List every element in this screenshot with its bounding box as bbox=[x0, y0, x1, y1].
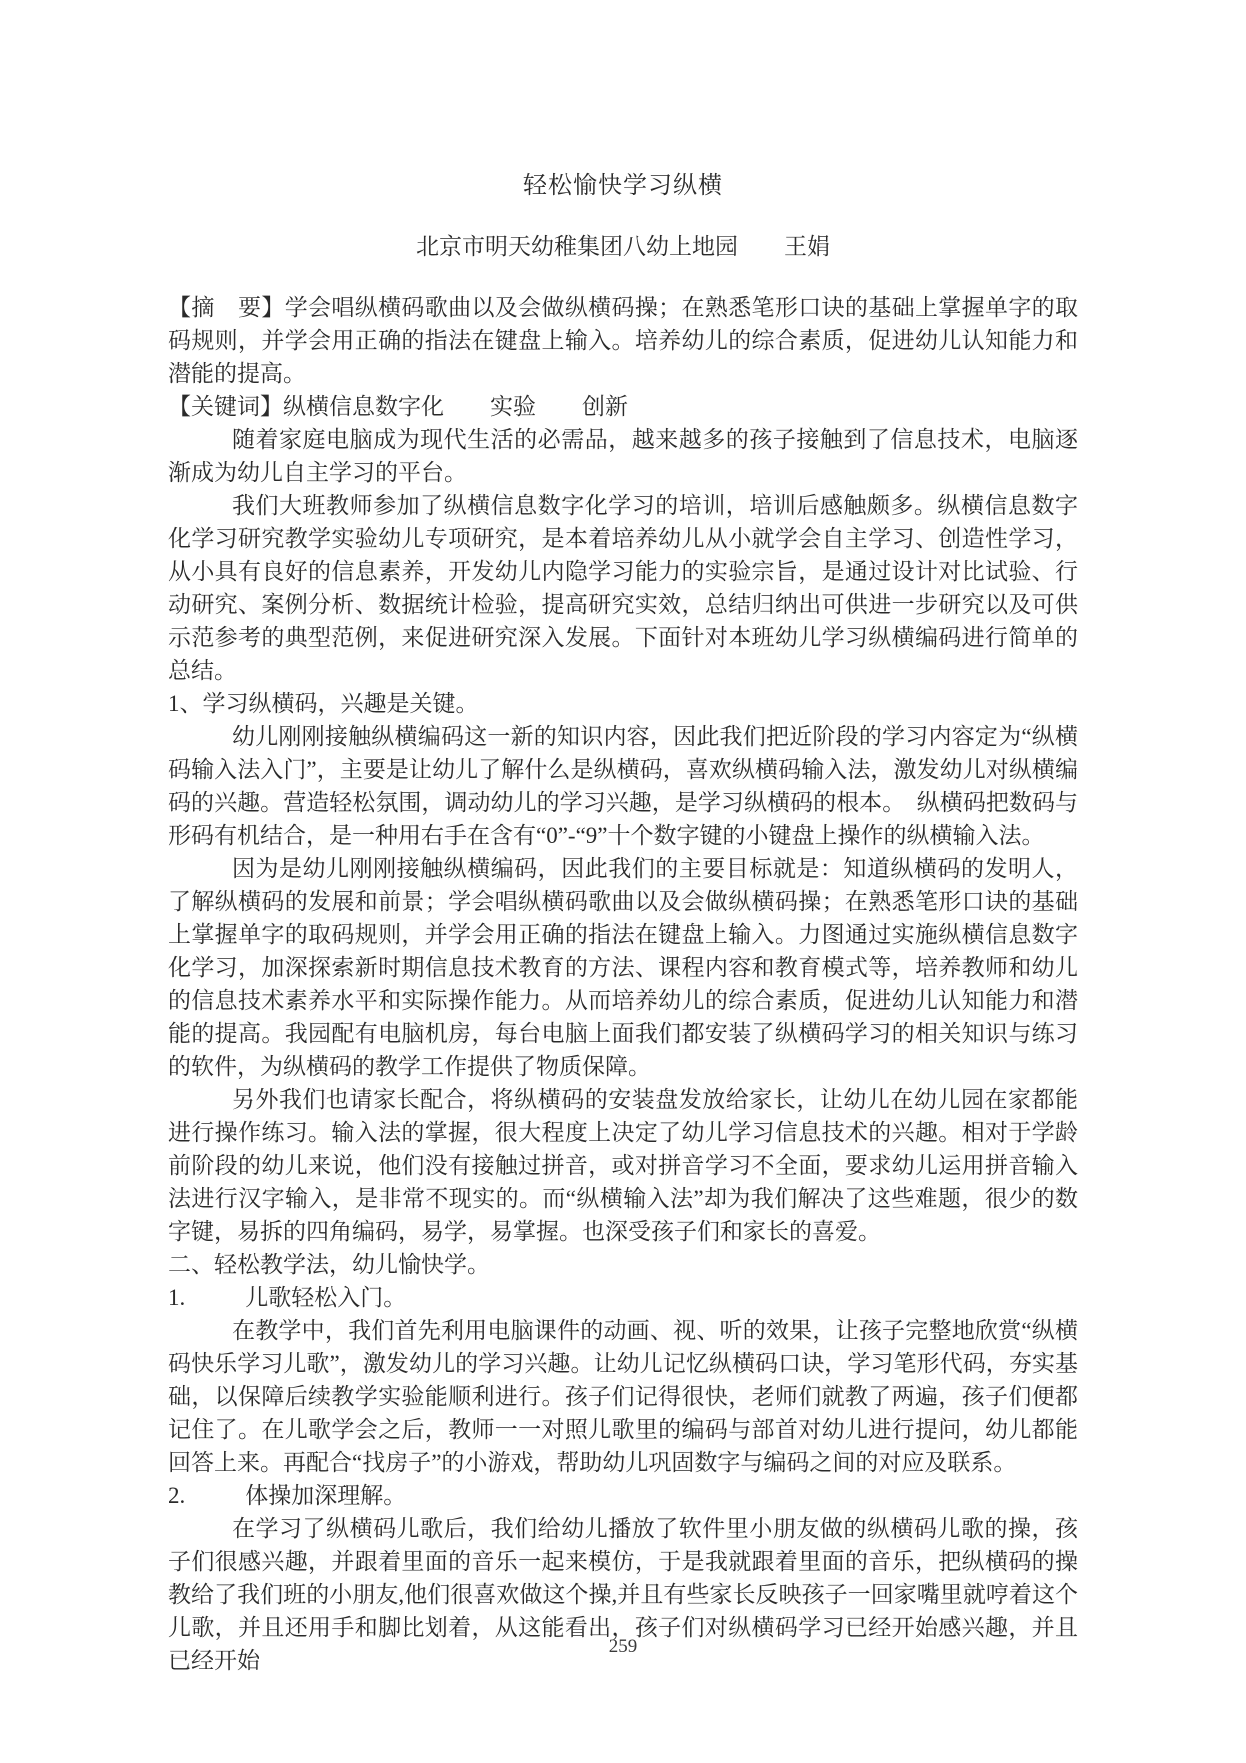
body-paragraph: 我们大班教师参加了纵横信息数字化学习的培训，培训后感触颇多。纵横信息数字化学习研… bbox=[168, 489, 1078, 687]
document-content: 轻松愉快学习纵横 北京市明天幼稚集团八幼上地园 王娟 【摘 要】学会唱纵横码歌曲… bbox=[168, 170, 1078, 1677]
document-page: 轻松愉快学习纵横 北京市明天幼稚集团八幼上地园 王娟 【摘 要】学会唱纵横码歌曲… bbox=[0, 0, 1246, 1763]
document-body: 【摘 要】学会唱纵横码歌曲以及会做纵横码操；在熟悉笔形口诀的基础上掌握单字的取码… bbox=[168, 291, 1078, 1677]
page-number: 259 bbox=[0, 1636, 1246, 1658]
section-heading-2: 二、轻松教学法，幼儿愉快学。 bbox=[168, 1248, 1078, 1281]
body-paragraph: 在教学中，我们首先利用电脑课件的动画、视、听的效果，让孩子完整地欣赏“纵横码快乐… bbox=[168, 1314, 1078, 1479]
keywords-paragraph: 【关键词】纵横信息数字化 实验 创新 bbox=[168, 390, 1078, 423]
numbered-subheading-1: 1.儿歌轻松入门。 bbox=[168, 1281, 1078, 1314]
abstract-paragraph: 【摘 要】学会唱纵横码歌曲以及会做纵横码操；在熟悉笔形口诀的基础上掌握单字的取码… bbox=[168, 291, 1078, 390]
section-heading-1: 1、学习纵横码，兴趣是关键。 bbox=[168, 687, 1078, 720]
body-paragraph: 因为是幼儿刚刚接触纵横编码，因此我们的主要目标就是：知道纵横码的发明人，了解纵横… bbox=[168, 852, 1078, 1083]
body-paragraph: 另外我们也请家长配合，将纵横码的安装盘发放给家长，让幼儿在幼儿园在家都能进行操作… bbox=[168, 1083, 1078, 1248]
author-line: 北京市明天幼稚集团八幼上地园 王娟 bbox=[168, 230, 1078, 263]
body-paragraph: 随着家庭电脑成为现代生活的必需品，越来越多的孩子接触到了信息技术，电脑逐渐成为幼… bbox=[168, 423, 1078, 489]
numbered-subheading-2: 2.体操加深理解。 bbox=[168, 1479, 1078, 1512]
body-paragraph: 幼儿刚刚接触纵横编码这一新的知识内容，因此我们把近阶段的学习内容定为“纵横码输入… bbox=[168, 720, 1078, 852]
subheading-number: 1. bbox=[168, 1281, 185, 1314]
subheading-text: 儿歌轻松入门。 bbox=[245, 1281, 406, 1314]
subheading-number: 2. bbox=[168, 1479, 185, 1512]
page-title: 轻松愉快学习纵横 bbox=[168, 170, 1078, 203]
subheading-text: 体操加深理解。 bbox=[245, 1479, 406, 1512]
